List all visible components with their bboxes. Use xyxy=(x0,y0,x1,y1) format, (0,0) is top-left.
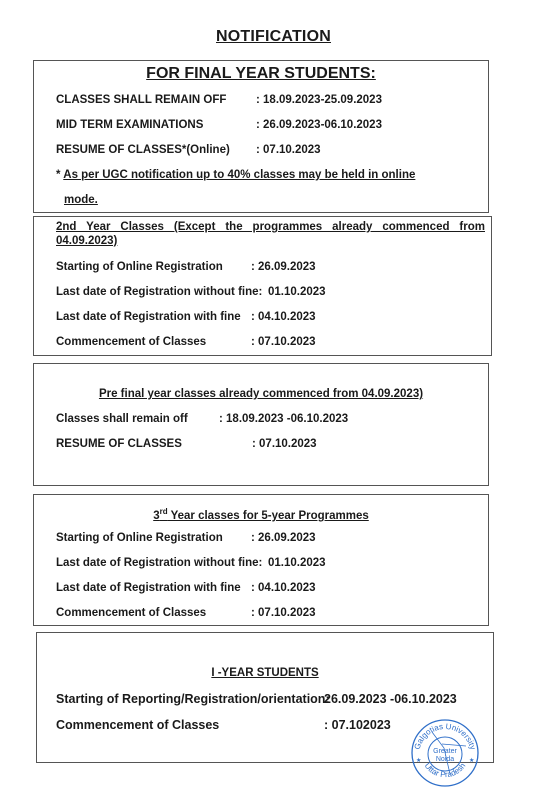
schedule-row: Last date of Registration with fine : 04… xyxy=(56,582,241,594)
svg-text:Noida: Noida xyxy=(436,756,454,763)
schedule-row: Commencement of Classes : 07.10.2023 xyxy=(56,336,206,348)
svg-text:★: ★ xyxy=(416,757,421,764)
schedule-row: CLASSES SHALL REMAIN OFF : 18.09.2023-25… xyxy=(56,94,226,106)
schedule-row: MID TERM EXAMINATIONS : 26.09.2023-06.10… xyxy=(56,119,203,131)
second-year-section: 2nd Year Classes (Except the programmes … xyxy=(33,216,492,356)
schedule-row: Commencement of Classes : 07.10.2023 xyxy=(56,607,206,619)
schedule-row: RESUME OF CLASSES : 07.10.2023 xyxy=(56,438,182,450)
schedule-row: Starting of Online Registration : 26.09.… xyxy=(56,532,223,544)
third-year-section: 3rd Year classes for 5-year Programmes S… xyxy=(33,494,489,626)
svg-text:Uttar Pradesh: Uttar Pradesh xyxy=(423,761,468,779)
svg-text:Galgotias University: Galgotias University xyxy=(413,722,478,751)
pre-final-section: Pre final year classes already commenced… xyxy=(33,363,489,486)
ugc-note: * As per UGC notification up to 40% clas… xyxy=(56,169,415,181)
schedule-row: Last date of Registration without fine: … xyxy=(56,286,262,298)
schedule-row: Starting of Reporting/Registration/orien… xyxy=(56,692,330,706)
pre-final-heading: Pre final year classes already commenced… xyxy=(34,388,488,400)
schedule-row: Last date of Registration without fine: … xyxy=(56,557,262,569)
schedule-row: Commencement of Classes : 07.102023 xyxy=(56,718,219,732)
second-year-heading: 2nd Year Classes (Except the programmes … xyxy=(56,220,485,235)
university-stamp-icon: Galgotias University Uttar Pradesh Great… xyxy=(410,718,480,788)
third-year-heading: 3rd Year classes for 5-year Programmes xyxy=(34,507,488,522)
schedule-row: RESUME OF CLASSES*(Online) : 07.10.2023 xyxy=(56,144,230,156)
schedule-row: Last date of Registration with fine : 04… xyxy=(56,311,241,323)
svg-text:★: ★ xyxy=(469,757,474,764)
first-year-heading: I -YEAR STUDENTS xyxy=(37,667,493,679)
final-year-heading: FOR FINAL YEAR STUDENTS: xyxy=(34,65,488,83)
ugc-note-continued: mode. xyxy=(64,194,98,206)
second-year-heading-cont: 04.09.2023) xyxy=(56,235,117,247)
schedule-row: Starting of Online Registration : 26.09.… xyxy=(56,261,223,273)
final-year-section: FOR FINAL YEAR STUDENTS: CLASSES SHALL R… xyxy=(33,60,489,213)
schedule-row: Classes shall remain off : 18.09.2023 -0… xyxy=(56,413,188,425)
page-title: NOTIFICATION xyxy=(0,28,547,46)
